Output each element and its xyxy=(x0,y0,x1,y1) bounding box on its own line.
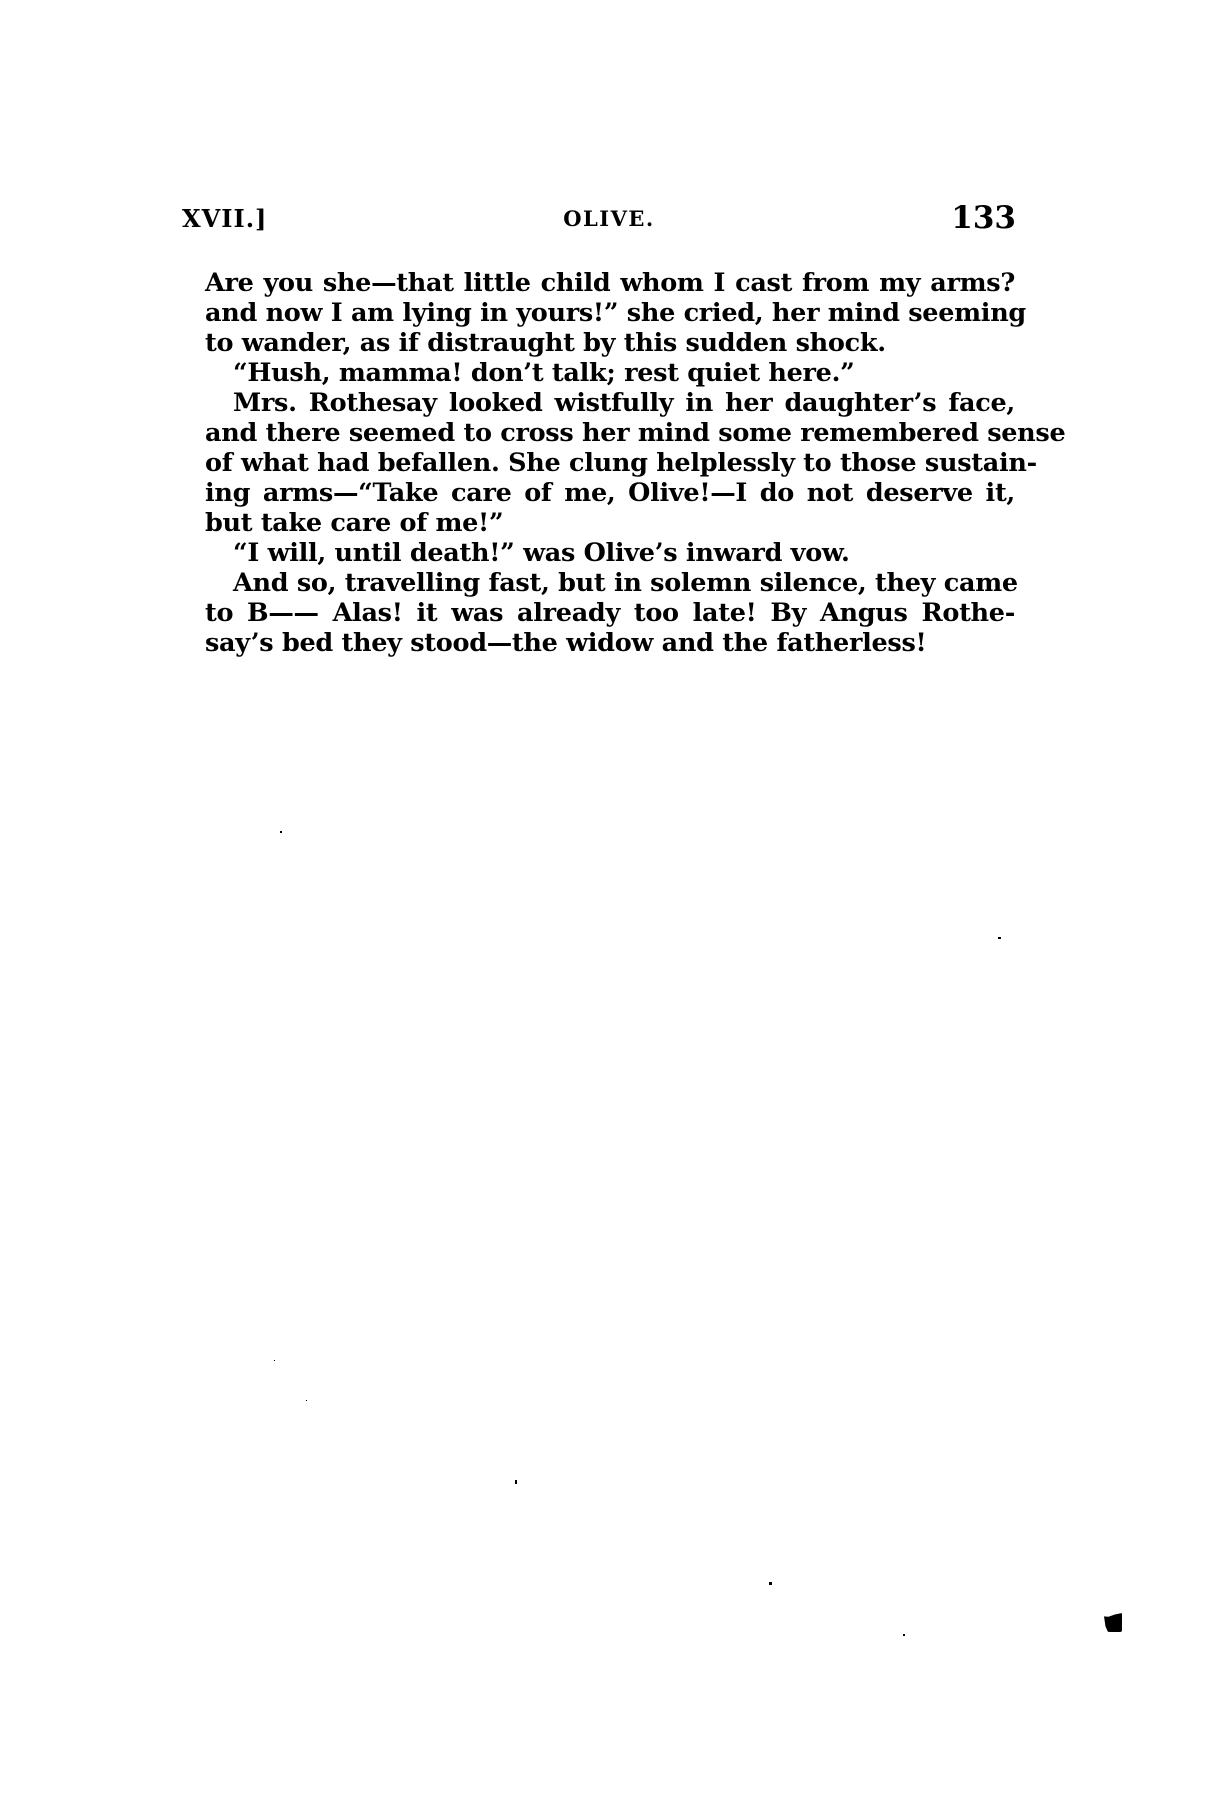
text-line: say’s bed they stood—the widow and the f… xyxy=(205,628,1015,658)
page-number: 133 xyxy=(951,200,1016,236)
text-line: Mrs. Rothesay looked wistfully in her da… xyxy=(205,388,1015,418)
book-title: OLIVE. xyxy=(182,206,1016,231)
running-head: XVII.] OLIVE. 133 xyxy=(182,200,1016,240)
text-line: and now I am lying in yours!” she cried,… xyxy=(205,298,1015,328)
text-line: to wander, as if distraught by this sudd… xyxy=(205,328,1015,358)
scan-speck xyxy=(306,1400,307,1401)
text-line: Are you she—that little child whom I cas… xyxy=(205,268,1015,298)
scan-speck xyxy=(769,1582,772,1585)
text-line: ing arms—“Take care of me, Olive!—I do n… xyxy=(205,478,1015,508)
scan-speck xyxy=(515,1480,517,1484)
book-page: XVII.] OLIVE. 133 Are you she—that littl… xyxy=(0,0,1214,1808)
text-line: of what had befallen. She clung helpless… xyxy=(205,448,1015,478)
scan-speck xyxy=(280,831,282,833)
text-line: And so, travelling fast, but in solemn s… xyxy=(205,568,1015,598)
ink-blot xyxy=(1104,1613,1122,1632)
text-line: and there seemed to cross her mind some … xyxy=(205,418,1015,448)
scan-speck xyxy=(274,1360,275,1361)
scan-speck xyxy=(998,937,1001,939)
body-text: Are you she—that little child whom I cas… xyxy=(205,268,1015,658)
text-line: “I will, until death!” was Olive’s inwar… xyxy=(205,538,1015,568)
text-line: to B—— Alas! it was already too late! By… xyxy=(205,598,1015,628)
text-line: “Hush, mamma! don’t talk; rest quiet her… xyxy=(205,358,1015,388)
scan-speck xyxy=(903,1634,905,1636)
text-line: but take care of me!” xyxy=(205,508,1015,538)
